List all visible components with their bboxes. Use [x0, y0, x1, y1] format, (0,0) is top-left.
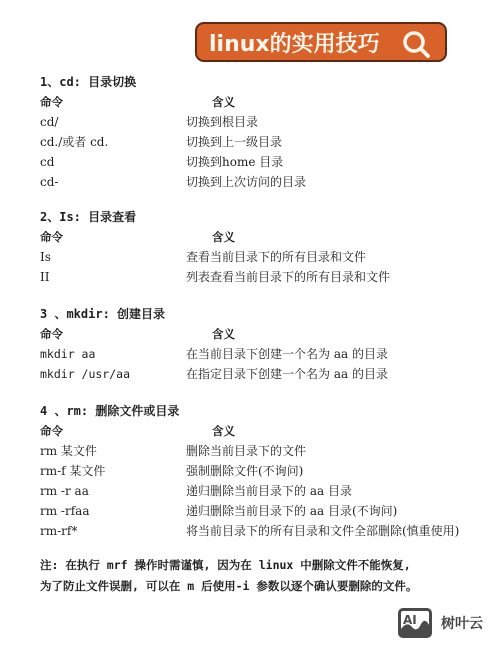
title-banner: linux的实用技巧 [195, 22, 447, 62]
table-row: II 列表查看当前目录下的所有目录和文件 [40, 267, 490, 287]
command-cell: rm -r aa [40, 481, 186, 501]
section-title: 1、cd: 目录切换 [40, 72, 490, 92]
table-row: rm-f 某文件 强制删除文件(不询问) [40, 461, 490, 481]
command-cell: cd./或者 cd. [40, 132, 186, 152]
note-line-1: 注: 在执行 mrf 操作时需谨慎, 因为在 linux 中删除文件不能恢复, [40, 555, 490, 576]
header-command: 命令 [40, 227, 186, 247]
meaning-cell: 切换到上次访问的目录 [186, 172, 306, 192]
table-header: 命令 含义 [40, 227, 490, 247]
command-cell: rm 某文件 [40, 441, 186, 461]
ai-logo-icon: AI [397, 607, 433, 639]
table-row: rm 某文件 删除当前目录下的文件 [40, 441, 490, 461]
page-title: linux的实用技巧 [209, 27, 380, 58]
table-row: cd./或者 cd. 切换到上一级目录 [40, 132, 490, 152]
section-title: 4 、rm: 删除文件或目录 [40, 401, 490, 421]
table-row: mkdir aa 在当前目录下创建一个名为 aa 的目录 [40, 344, 490, 364]
meaning-cell: 递归删除当前目录下的 aa 目录 [186, 481, 352, 501]
watermark-logo: AI 树叶云 [397, 607, 483, 639]
command-cell: mkdir /usr/aa [40, 364, 186, 384]
meaning-cell: 查看当前目录下的所有目录和文件 [186, 247, 366, 267]
search-icon [401, 29, 431, 59]
meaning-cell: 切换到上一级目录 [186, 132, 282, 152]
command-cell: rm -rfaa [40, 501, 186, 521]
command-cell: mkdir aa [40, 344, 186, 364]
table-header: 命令 含义 [40, 421, 490, 441]
section-title: 3 、mkdir: 创建目录 [40, 304, 490, 324]
table-row: mkdir /usr/aa 在指定目录下创建一个名为 aa 的目录 [40, 364, 490, 384]
table-row: Is 查看当前目录下的所有目录和文件 [40, 247, 490, 267]
command-cell: rm-f 某文件 [40, 461, 186, 481]
header-meaning: 含义 [186, 324, 235, 344]
command-cell: II [40, 267, 186, 287]
header-command: 命令 [40, 421, 186, 441]
header-meaning: 含义 [186, 227, 235, 247]
note-line-2: 为了防止文件误删, 可以在 m 后使用-i 参数以逐个确认要删除的文件。 [40, 576, 490, 597]
meaning-cell: 递归删除当前目录下的 aa 目录(不询问) [186, 501, 397, 521]
section-title: 2、Is: 目录查看 [40, 207, 490, 227]
table-row: rm -rfaa 递归删除当前目录下的 aa 目录(不询问) [40, 501, 490, 521]
warning-note: 注: 在执行 mrf 操作时需谨慎, 因为在 linux 中删除文件不能恢复, … [40, 555, 490, 597]
meaning-cell: 删除当前目录下的文件 [186, 441, 306, 461]
header-meaning: 含义 [186, 92, 235, 112]
meaning-cell: 将当前目录下的所有目录和文件全部删除(慎重使用) [186, 521, 459, 541]
section-mkdir: 3 、mkdir: 创建目录 命令 含义 mkdir aa 在当前目录下创建一个… [40, 304, 490, 384]
section-cd: 1、cd: 目录切换 命令 含义 cd/ 切换到根目录 cd./或者 cd. 切… [40, 72, 490, 192]
table-row: cd 切换到home 目录 [40, 152, 490, 172]
svg-text:AI: AI [403, 613, 417, 627]
table-row: cd- 切换到上次访问的目录 [40, 172, 490, 192]
table-header: 命令 含义 [40, 92, 490, 112]
command-cell: cd/ [40, 112, 186, 132]
section-rm: 4 、rm: 删除文件或目录 命令 含义 rm 某文件 删除当前目录下的文件 r… [40, 401, 490, 541]
section-ls: 2、Is: 目录查看 命令 含义 Is 查看当前目录下的所有目录和文件 II 列… [40, 207, 490, 287]
header-meaning: 含义 [186, 421, 235, 441]
table-row: rm-rf* 将当前目录下的所有目录和文件全部删除(慎重使用) [40, 521, 490, 541]
meaning-cell: 切换到home 目录 [186, 152, 283, 172]
header-command: 命令 [40, 324, 186, 344]
watermark-label: 树叶云 [441, 613, 483, 633]
command-cell: rm-rf* [40, 521, 186, 541]
meaning-cell: 在指定目录下创建一个名为 aa 的目录 [186, 364, 388, 384]
table-header: 命令 含义 [40, 324, 490, 344]
command-cell: Is [40, 247, 186, 267]
meaning-cell: 在当前目录下创建一个名为 aa 的目录 [186, 344, 388, 364]
table-row: cd/ 切换到根目录 [40, 112, 490, 132]
meaning-cell: 列表查看当前目录下的所有目录和文件 [186, 267, 390, 287]
command-cell: cd [40, 152, 186, 172]
command-cell: cd- [40, 172, 186, 192]
meaning-cell: 切换到根目录 [186, 112, 258, 132]
header-command: 命令 [40, 92, 186, 112]
table-row: rm -r aa 递归删除当前目录下的 aa 目录 [40, 481, 490, 501]
meaning-cell: 强制删除文件(不询问) [186, 461, 303, 481]
